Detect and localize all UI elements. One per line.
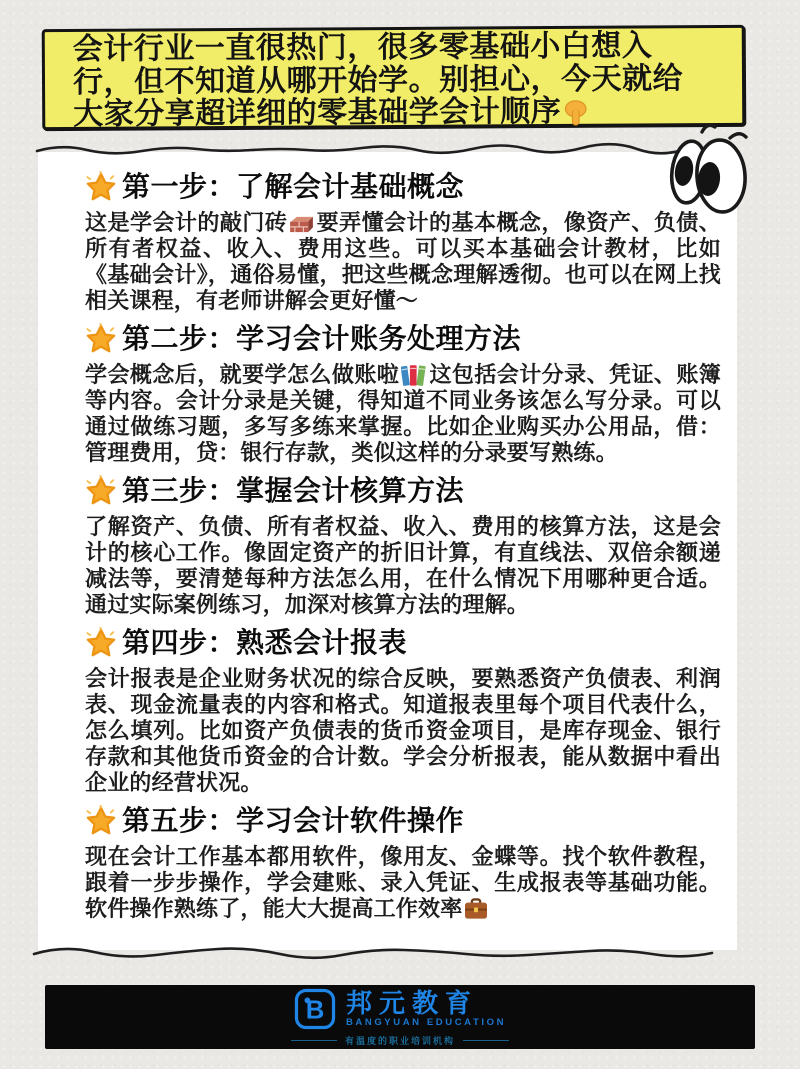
step-heading: 第四步：熟悉会计报表 bbox=[85, 626, 721, 660]
step-section: 第四步：熟悉会计报表 会计报表是企业财务状况的综合反映，要熟悉资产负债表、利润表… bbox=[85, 626, 721, 796]
step-text: 这是学会计的敲门砖 bbox=[85, 210, 287, 235]
star-icon bbox=[85, 171, 117, 203]
star-icon bbox=[85, 475, 117, 507]
step-paragraph: 学会概念后，就要学怎么做账啦这包括会计分录、凭证、账簿等内容。会计分录是关键，得… bbox=[85, 362, 721, 466]
step-paragraph: 会计报表是企业财务状况的综合反映，要熟悉资产负债表、利润表、现金流量表的内容和格… bbox=[85, 666, 721, 796]
header-line: 大家分享超详细的零基础学会计顺序 bbox=[73, 95, 742, 132]
infographic-page: 会计行业一直很热门，很多零基础小白想入 行，但不知道从哪开始学。别担心，今天就给… bbox=[0, 0, 800, 1069]
steps-list: 第一步：了解会计基础概念 这是学会计的敲门砖要弄懂会计的基本概念，像资产、负债、… bbox=[38, 152, 737, 950]
step-section: 第三步：掌握会计核算方法 了解资产、负债、所有者权益、收入、费用的核算方法，这是… bbox=[85, 474, 721, 618]
step-section: 第一步：了解会计基础概念 这是学会计的敲门砖要弄懂会计的基本概念，像资产、负债、… bbox=[85, 170, 721, 314]
step-title: 第二步：学习会计账务处理方法 bbox=[122, 322, 521, 356]
brand-name-cn: 邦元教育 bbox=[346, 989, 506, 1017]
googly-eyes-doodle bbox=[646, 116, 758, 234]
brand-tagline: 有温度的职业培训机构 bbox=[345, 1034, 455, 1047]
step-heading: 第二步：学习会计账务处理方法 bbox=[85, 322, 721, 356]
header-line: 会计行业一直很热门，很多零基础小白想入 bbox=[73, 30, 742, 67]
step-paragraph: 这是学会计的敲门砖要弄懂会计的基本概念，像资产、负债、所有者权益、收入、费用这些… bbox=[85, 210, 721, 314]
header-text: 会计行业一直很热门，很多零基础小白想入 bbox=[73, 29, 653, 66]
step-heading: 第一步：了解会计基础概念 bbox=[85, 170, 721, 204]
books-icon bbox=[401, 363, 427, 386]
star-icon bbox=[85, 323, 117, 355]
tagline-rule-left bbox=[291, 1040, 337, 1041]
header-text: 大家分享超详细的零基础学会计顺序 bbox=[73, 95, 561, 131]
step-title: 第三步：掌握会计核算方法 bbox=[122, 474, 464, 508]
briefcase-icon bbox=[464, 898, 488, 920]
step-section: 第五步：学习会计软件操作 现在会计工作基本都用软件，像用友、金蝶等。找个软件教程… bbox=[85, 804, 721, 922]
pointing-down-icon bbox=[563, 99, 588, 127]
tagline-rule-right bbox=[463, 1040, 509, 1041]
header-text: 行，但不知道从哪开始学。别担心，今天就给 bbox=[73, 62, 683, 99]
step-heading: 第三步：掌握会计核算方法 bbox=[85, 474, 721, 508]
header-callout: 会计行业一直很热门，很多零基础小白想入 行，但不知道从哪开始学。别担心，今天就给… bbox=[42, 25, 746, 130]
brick-icon bbox=[289, 215, 314, 234]
step-paragraph: 了解资产、负债、所有者权益、收入、费用的核算方法，这是会计的核心工作。像固定资产… bbox=[85, 514, 721, 618]
brand-logo-icon: B bbox=[294, 988, 336, 1030]
step-paragraph: 现在会计工作基本都用软件，像用友、金蝶等。找个软件教程，跟着一步步操作，学会建账… bbox=[85, 844, 721, 922]
step-heading: 第五步：学习会计软件操作 bbox=[85, 804, 721, 838]
step-title: 第四步：熟悉会计报表 bbox=[122, 626, 407, 660]
brand-name-en: BANGYUAN EDUCATION bbox=[346, 1017, 506, 1028]
step-text: 现在会计工作基本都用软件，像用友、金蝶等。找个软件教程，跟着一步步操作，学会建账… bbox=[85, 844, 721, 921]
step-section: 第二步：学习会计账务处理方法 学会概念后，就要学怎么做账啦这包括会计分录、凭证、… bbox=[85, 322, 721, 466]
brand-tagline-row: 有温度的职业培训机构 bbox=[291, 1034, 509, 1047]
star-icon bbox=[85, 805, 117, 837]
step-text: 学会概念后，就要学怎么做账啦 bbox=[85, 362, 399, 387]
step-text: 了解资产、负债、所有者权益、收入、费用的核算方法，这是会计的核心工作。像固定资产… bbox=[85, 514, 721, 617]
star-icon bbox=[85, 627, 117, 659]
step-text: 会计报表是企业财务状况的综合反映，要熟悉资产负债表、利润表、现金流量表的内容和格… bbox=[85, 666, 721, 795]
step-title: 第五步：学习会计软件操作 bbox=[122, 804, 464, 838]
brand-lockup: B 邦元教育 BANGYUAN EDUCATION bbox=[294, 988, 506, 1030]
footer-bar: B 邦元教育 BANGYUAN EDUCATION 有温度的职业培训机构 bbox=[45, 985, 755, 1049]
step-title: 第一步：了解会计基础概念 bbox=[122, 170, 464, 204]
header-line: 行，但不知道从哪开始学。别担心，今天就给 bbox=[73, 62, 742, 99]
